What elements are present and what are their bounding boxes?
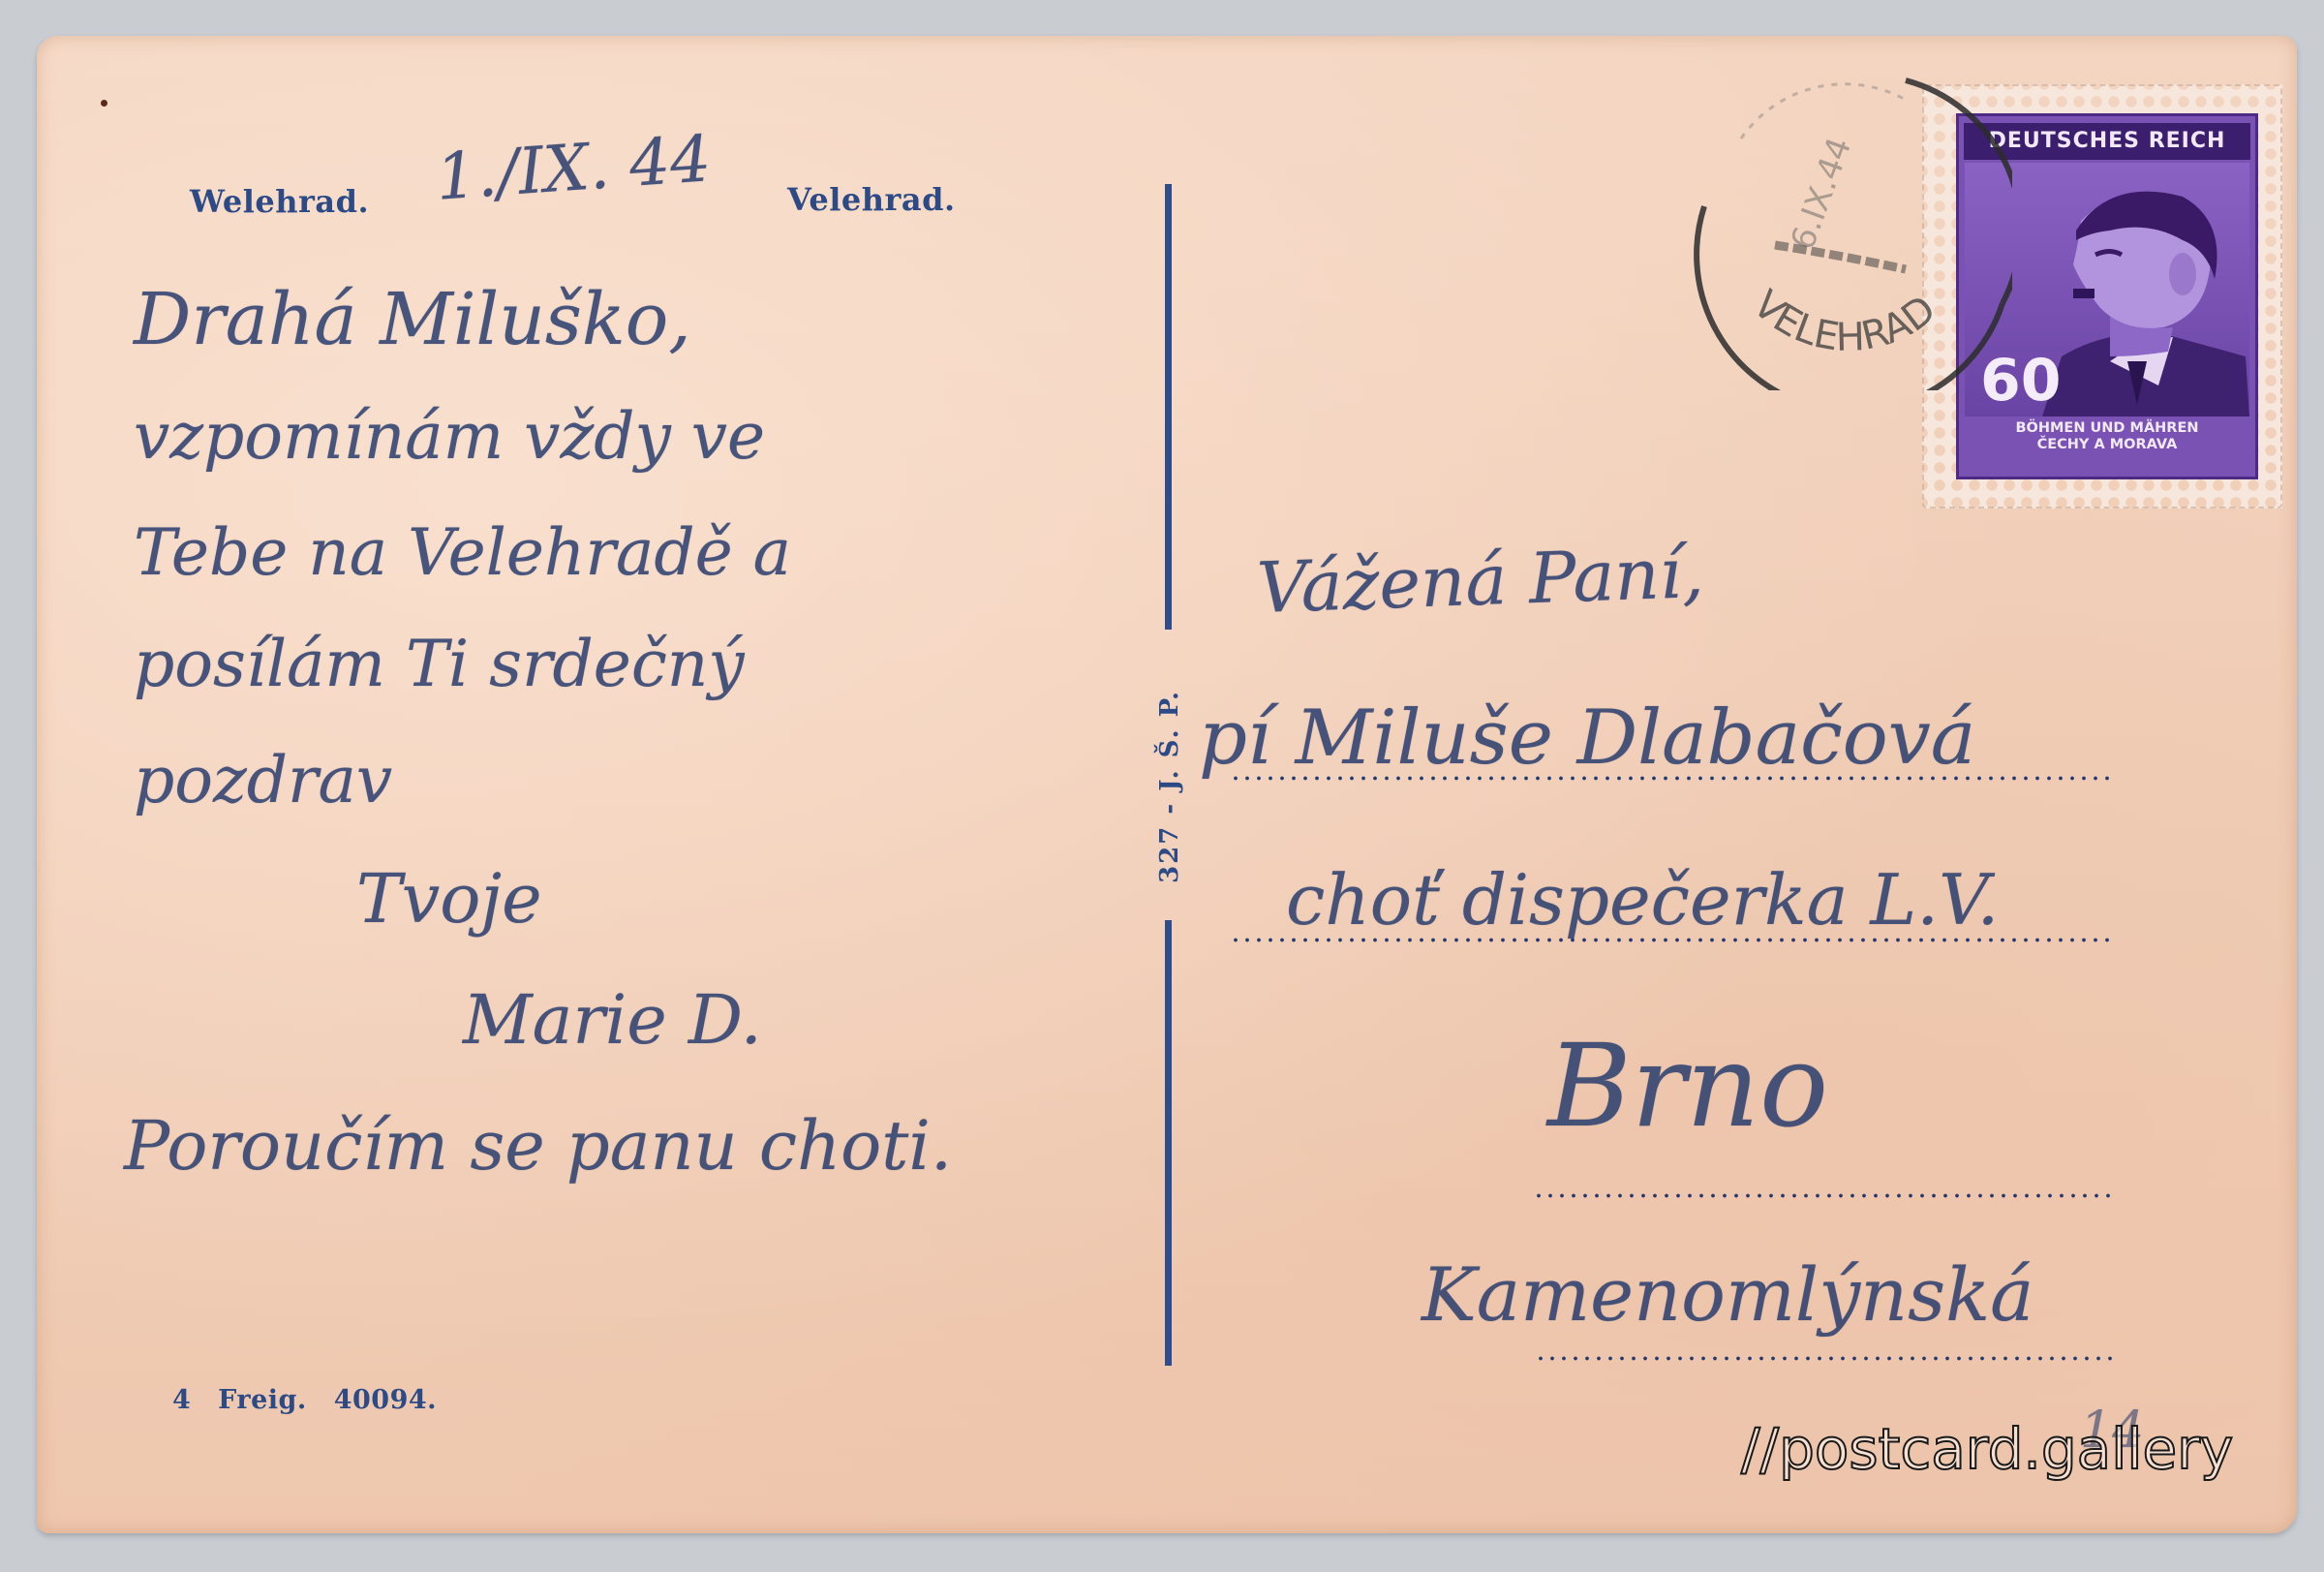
message-postscript: Poroučím se panu choti. — [124, 1106, 952, 1186]
message-closing: Tvoje — [356, 859, 542, 939]
address-line-4 — [1535, 1356, 2113, 1361]
address-title: choť dispečerka L.V. — [1286, 859, 1999, 940]
address-line-3 — [1533, 1193, 2116, 1198]
postmark-date: 6.IX.44 — [1784, 133, 1860, 255]
stamp-footer: BÖHMEN UND MÄHREN ČECHY A MORAVA — [1959, 420, 2255, 453]
message-line: Tebe na Velehradě a — [134, 515, 791, 590]
stamp-footer-line1: BÖHMEN UND MÄHREN — [1959, 420, 2255, 437]
paper-speck — [101, 100, 107, 107]
address-city: Brno — [1547, 1019, 1828, 1153]
divider-line-bottom — [1165, 920, 1172, 1366]
address-street: Kamenomlýnská — [1422, 1251, 2033, 1338]
message-line: posílám Ti srdečný — [134, 627, 745, 701]
message-date: 1./IX. 44 — [434, 121, 714, 215]
printer-code: 327 - J. Š. P. — [1155, 670, 1184, 903]
printed-place-left: Welehrad. — [190, 183, 369, 220]
printed-place-right: Velehrad. — [787, 181, 956, 218]
message-signature: Marie D. — [463, 980, 762, 1060]
message-line: Drahá Miluško, — [134, 278, 691, 361]
divider-line-top — [1165, 184, 1172, 630]
stamp-footer-line2: ČECHY A MORAVA — [1959, 437, 2255, 453]
address-recipient: pí Miluše Dlabačová — [1199, 694, 1975, 782]
watermark: //postcard.gallery — [1741, 1416, 2233, 1482]
postmark-town: VELEHRAD — [1744, 282, 1944, 360]
postmark-icon: VELEHRAD 6.IX.44 — [1683, 61, 2012, 390]
message-line: vzpomínám vždy ve — [134, 399, 765, 474]
address-salutation: Vážená Paní, — [1256, 532, 1705, 629]
footer-code: 4 Freig. 40094. — [172, 1385, 437, 1415]
message-line: pozdrav — [134, 743, 392, 817]
